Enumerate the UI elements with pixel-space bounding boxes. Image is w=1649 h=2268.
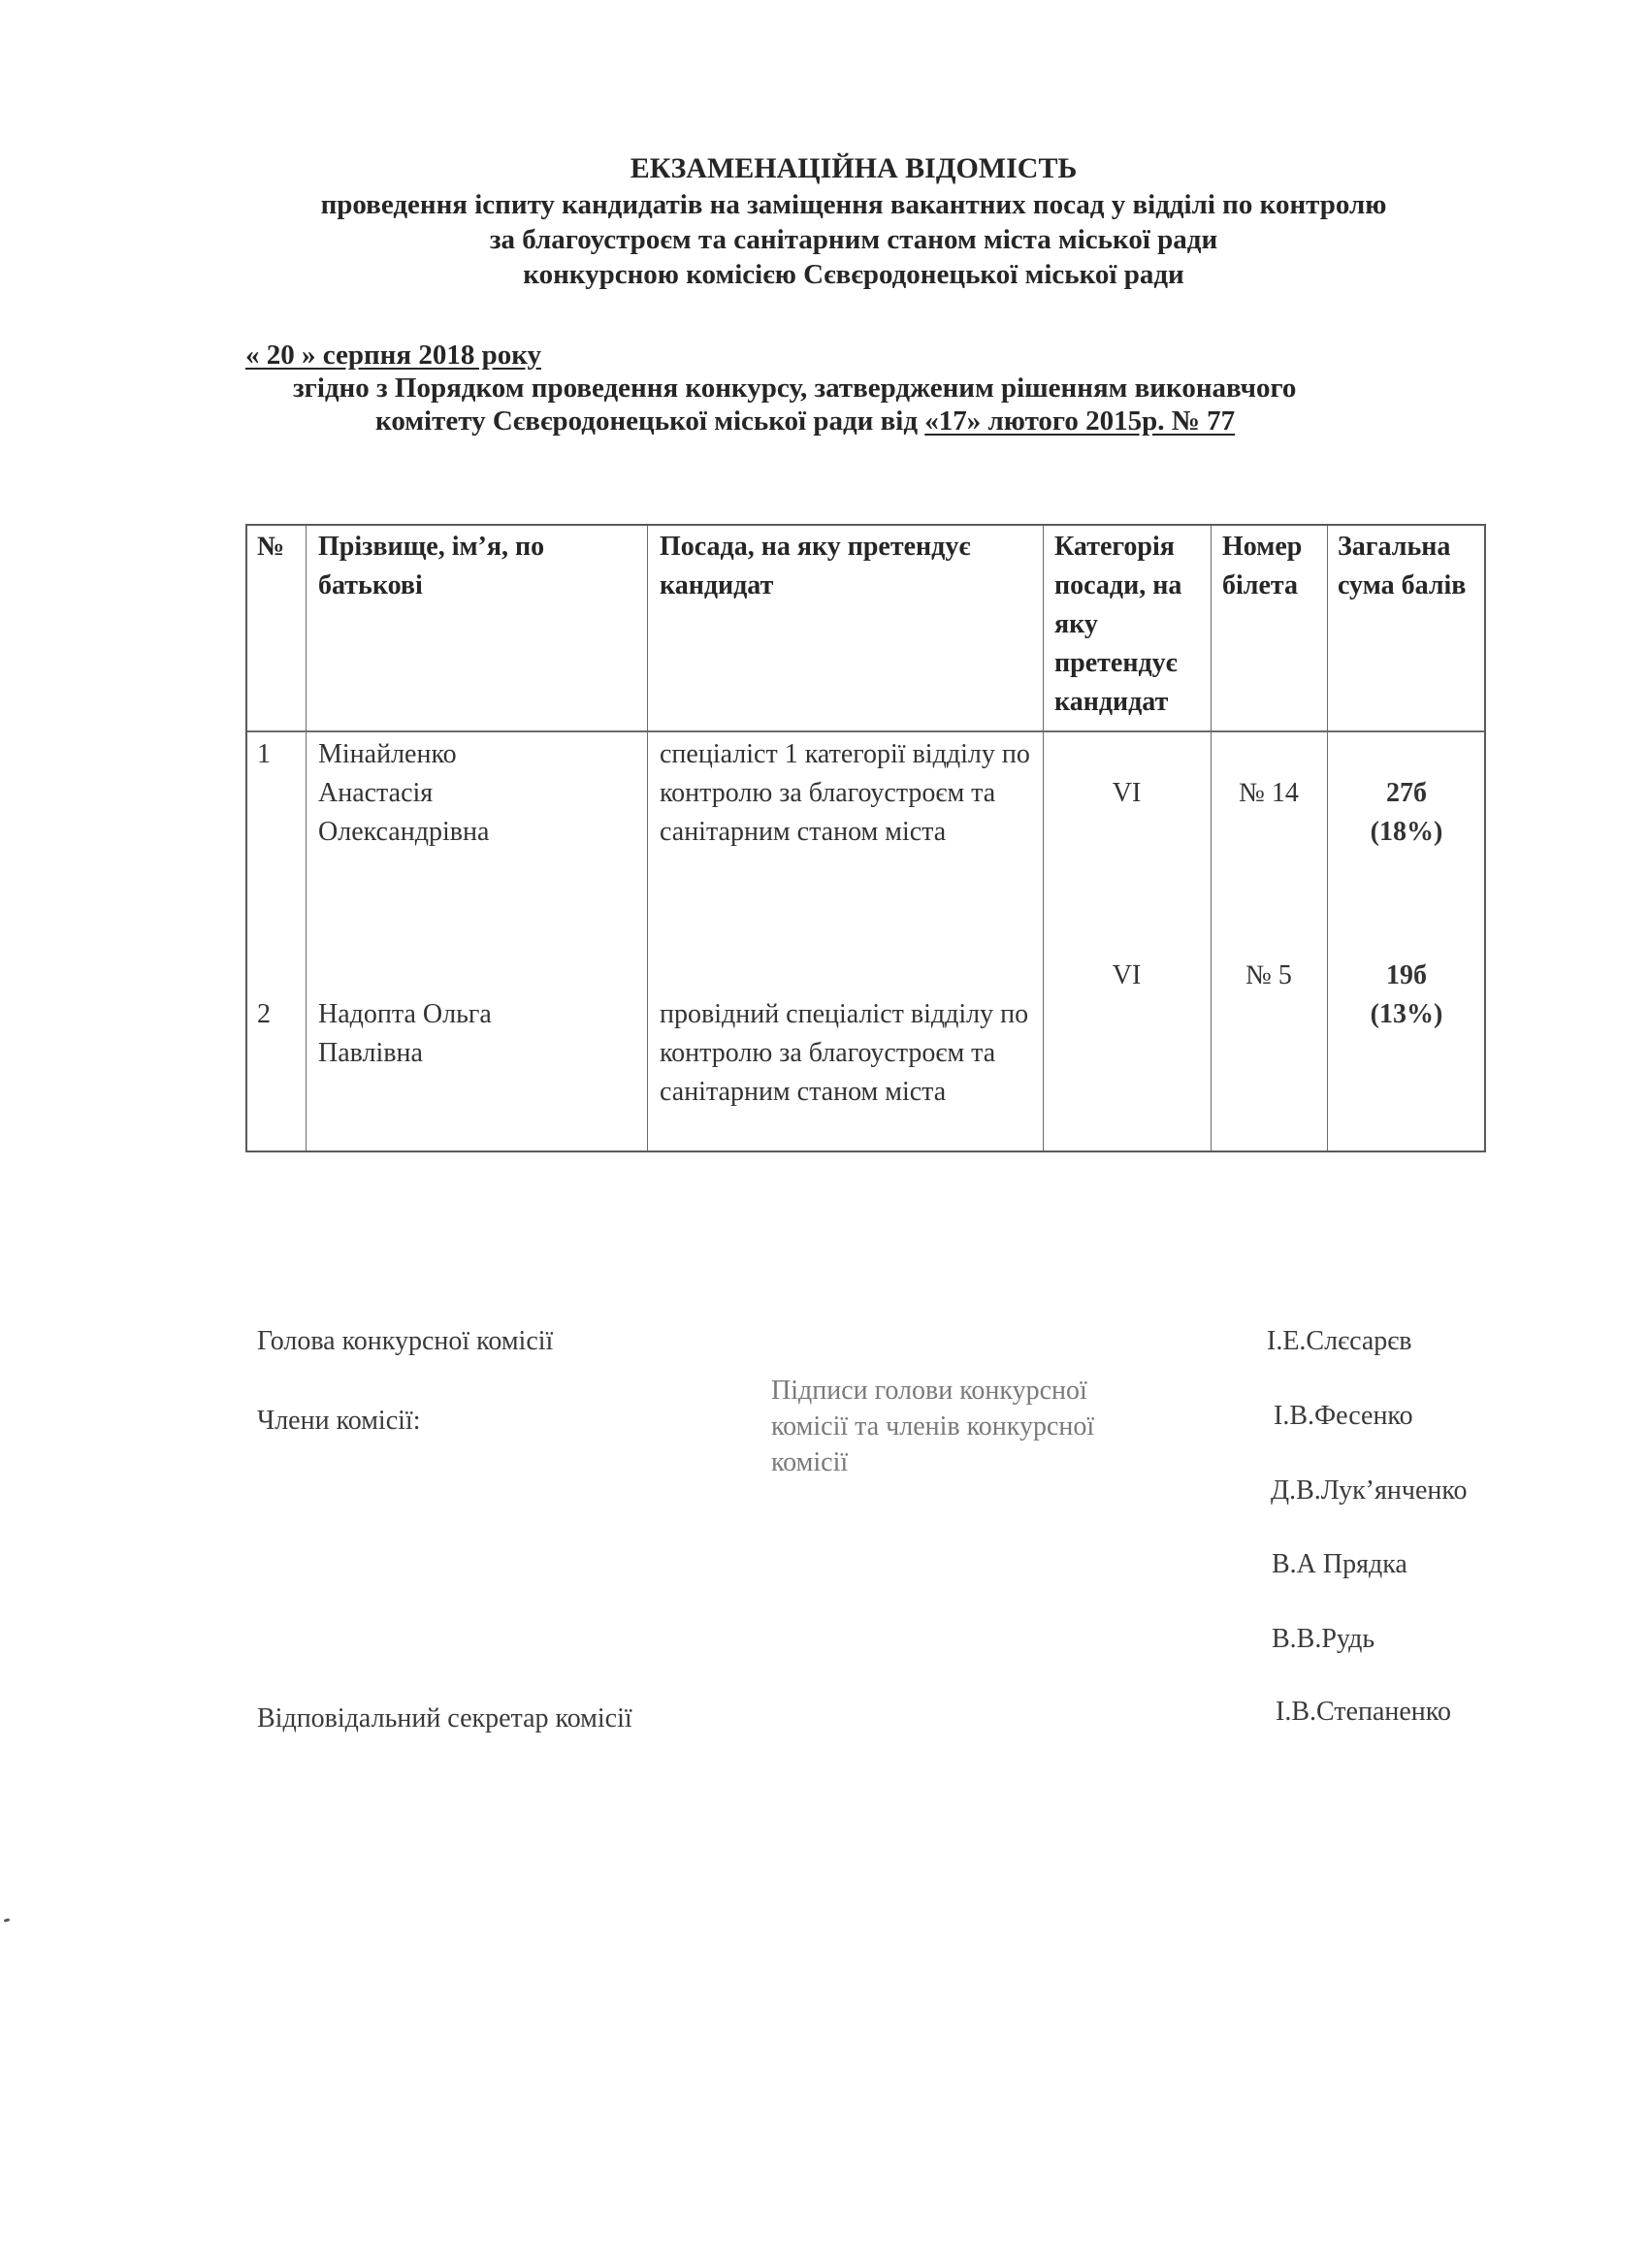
row-1-num: 1 [257,735,296,774]
scan-speck [4,1918,11,1922]
document-title: ЕКЗАМЕНАЦІЙНА ВІДОМІСТЬ [29,151,1649,186]
header-divider [247,730,1484,732]
legal-basis-prefix: комітету Сєвєродонецької міської ради ві… [375,405,924,437]
row-2-num: 2 [257,995,296,1034]
row-2-ticket: № 5 [1211,956,1327,995]
secretary-label: Відповідальний секретар комісії [257,1703,632,1734]
signer-member-1: І.В.Фесенко [1274,1401,1413,1432]
signatures-note-line-3: комісії [771,1444,1094,1480]
row-2-name: Надопта Ольга Павлівна [318,995,570,1073]
row-1-ticket: № 14 [1211,774,1327,813]
exam-results-table: № Прізвище, ім’я, по батькові Посада, на… [245,524,1486,1152]
row-2-score-points: 19б [1327,956,1486,995]
row-1-category: VI [1043,774,1211,813]
signer-secretary: І.В.Степаненко [1276,1697,1451,1728]
row-2-category: VI [1043,956,1211,995]
signatures-note-line-1: Підписи голови конкурсної [771,1373,1094,1409]
document-subtitle-line-1: проведення іспиту кандидатів на заміщенн… [29,187,1649,222]
column-divider [647,526,648,1150]
legal-basis-line-1: згідно з Порядком проведення конкурсу, з… [293,373,1296,405]
exam-date: « 20 » серпня 2018 року [245,340,541,372]
signatures-note-line-2: комісії та членів конкурсної [771,1409,1094,1444]
signer-member-4: В.В.Рудь [1272,1624,1374,1655]
document-subtitle-line-3: конкурсною комісією Сєвєродонецької місь… [29,257,1649,292]
members-label: Члени комісії: [257,1406,420,1437]
header-score: Загальна сума балів [1338,528,1473,605]
signer-member-3: В.А Прядка [1272,1549,1407,1580]
row-2-position: провідний спеціаліст відділу по контролю… [660,995,1038,1112]
header-position: Посада, на яку претендує кандидат [660,528,1009,605]
row-2-score-percent: (13%) [1327,995,1486,1034]
column-divider [306,526,307,1150]
legal-basis-decision-ref: «17» лютого 2015р. № 77 [924,405,1235,437]
document-subtitle-line-2: за благоустроєм та санітарним станом міс… [29,222,1649,257]
signatures-note: Підписи голови конкурсної комісії та чле… [771,1373,1094,1480]
row-1-score-percent: (18%) [1327,813,1486,852]
chair-label: Голова конкурсної комісії [257,1326,553,1357]
header-ticket: Номер білета [1222,528,1324,605]
row-1-position: спеціаліст 1 категорії відділу по контро… [660,735,1038,852]
signer-member-2: Д.В.Лук’янченко [1271,1475,1468,1507]
column-divider [1211,526,1212,1150]
row-1-score-points: 27б [1327,774,1486,813]
header-category: Категорія посади, на яку претендує канди… [1054,528,1200,722]
header-num: № [257,528,304,567]
row-1-name: Мінайленко Анастасія Олександрівна [318,735,570,852]
legal-basis-line-2: комітету Сєвєродонецької міської ради ві… [375,405,1235,437]
signer-chair: І.Е.Слєсарєв [1267,1326,1412,1357]
column-divider [1043,526,1044,1150]
header-name: Прізвище, ім’я, по батькові [318,528,638,605]
